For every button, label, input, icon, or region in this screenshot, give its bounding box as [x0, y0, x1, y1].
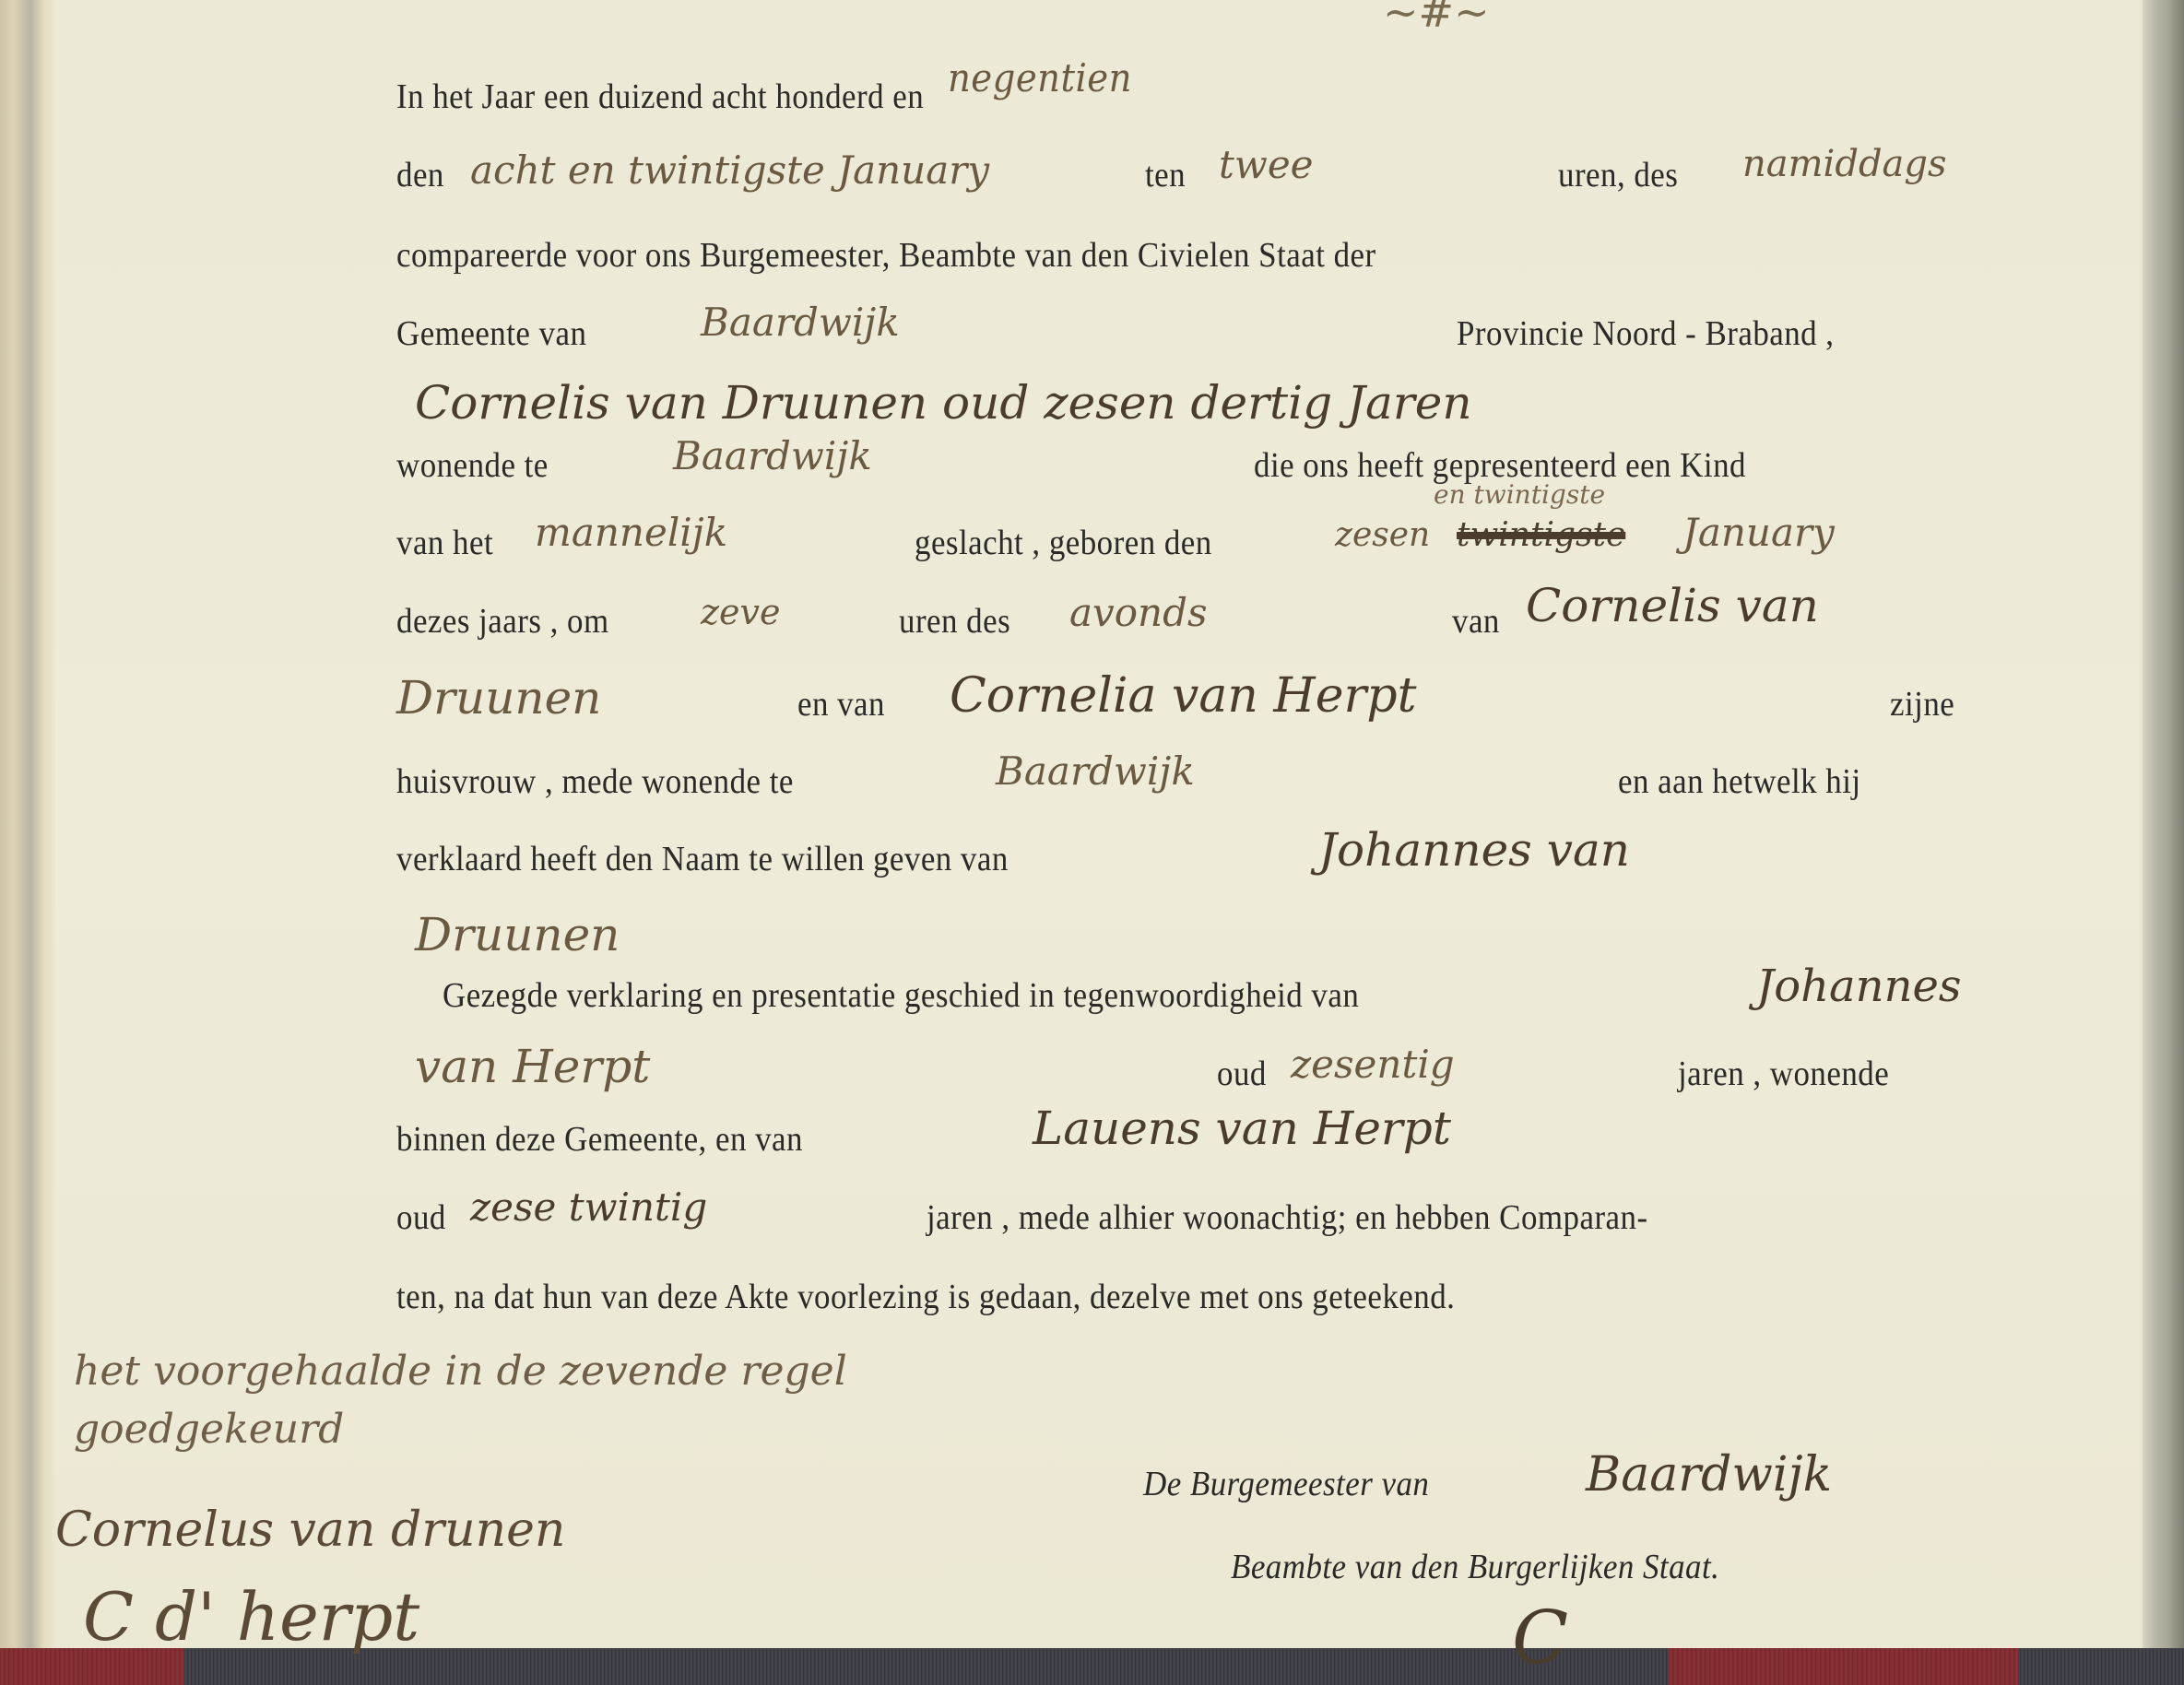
line-8-urendes: uren des: [899, 601, 1010, 642]
line-10-huisvrouw: huisvrouw , mede wonende te: [396, 761, 794, 802]
line-14-oud: oud: [1217, 1054, 1267, 1094]
handwritten-time-of-day: namiddags: [1742, 143, 1947, 185]
line-8-van: van: [1452, 601, 1500, 642]
line-4-provincie: Provincie Noord - Braband ,: [1457, 313, 1835, 354]
handwritten-sex: mannelijk: [535, 510, 727, 555]
handwritten-hour: twee: [1219, 142, 1314, 187]
handwritten-birth-hour: zeve: [701, 592, 780, 632]
handwritten-birth-month: January: [1682, 510, 1835, 555]
line-13: Gezegde verklaring en presentatie geschi…: [443, 975, 1359, 1016]
handwritten-witness2-name: Lauens van Herpt: [1033, 1102, 1451, 1155]
signature-mayor: C: [1512, 1595, 1568, 1680]
handwritten-municipality: Baardwijk: [701, 300, 900, 345]
line-15: binnen deze Gemeente, en van: [396, 1119, 803, 1160]
line-17: ten, na dat hun van deze Akte voorlezing…: [396, 1277, 1455, 1317]
line-2-ten: ten: [1145, 155, 1186, 195]
book-page-edge-right: [2143, 0, 2184, 1685]
margin-note-line-1: het voorgehaalde in de zevende regel: [74, 1348, 847, 1395]
line-8-dezes: dezes jaars , om: [396, 601, 609, 642]
top-scribble: ~#~: [1383, 0, 1490, 37]
handwritten-mother-name: Cornelia van Herpt: [950, 668, 1417, 724]
signature-father: Cornelus van drunen: [55, 1502, 565, 1558]
handwritten-year: negentien: [948, 55, 1132, 100]
line-2-den: den: [396, 155, 444, 195]
handwritten-witness1-firstname: Johannes: [1756, 960, 1962, 1012]
signature-witness: C d' herpt: [83, 1578, 419, 1656]
handwritten-witness2-age: zese twintig: [470, 1184, 707, 1230]
line-16-oud: oud: [396, 1197, 446, 1238]
handwritten-evening: avonds: [1069, 590, 1208, 635]
line-4-gemeente: Gemeente van: [396, 313, 586, 354]
book-page-edge-left: [0, 0, 55, 1659]
line-2-uren: uren, des: [1558, 155, 1678, 195]
line-6-wonende: wonende te: [396, 445, 549, 486]
margin-note-line-2: goedgekeurd: [74, 1406, 344, 1453]
handwritten-superscript-correction: en twintigste: [1434, 479, 1605, 510]
binding-red-cloth-right: [1669, 1648, 2019, 1685]
handwritten-birth-day: zesen: [1335, 516, 1430, 554]
line-14-jaren: jaren , wonende: [1678, 1054, 1889, 1094]
line-16-print: jaren , mede alhier woonachtig; en hebbe…: [927, 1197, 1648, 1238]
mayor-label: De Burgemeester van: [1143, 1464, 1429, 1504]
line-11: verklaard heeft den Naam te willen geven…: [396, 839, 1009, 879]
handwritten-mother-residence: Baardwijk: [996, 748, 1195, 794]
handwritten-father-surname: Druunen: [396, 671, 601, 725]
line-1: In het Jaar een duizend acht honderd en …: [396, 72, 1132, 117]
line-7-geslacht: geslacht , geboren den: [915, 523, 1212, 563]
official-label: Beambte van den Burgerlijken Staat.: [1231, 1547, 1719, 1587]
handwritten-residence: Baardwijk: [673, 433, 872, 478]
line-10-print: en aan hetwelk hij: [1618, 761, 1861, 802]
line-9-envan: en van: [797, 684, 885, 725]
handwritten-date: acht en twintigste January: [470, 147, 989, 193]
handwritten-child-name: Johannes van: [1318, 823, 1630, 877]
handwritten-witness1-age: zesentig: [1291, 1042, 1455, 1087]
line-7-vanhet: van het: [396, 523, 493, 563]
handwritten-mayor-place: Baardwijk: [1586, 1447, 1832, 1502]
handwritten-declarant: Cornelis van Druunen oud zesen dertig Ja…: [415, 376, 1472, 430]
handwritten-father-name: Cornelis van: [1526, 579, 1819, 632]
line-9-zijne: zijne: [1890, 684, 1954, 725]
handwritten-witness1-surname: van Herpt: [415, 1040, 650, 1093]
handwritten-struck-word: twintigste: [1457, 516, 1625, 554]
handwritten-child-surname: Druunen: [415, 908, 620, 961]
line-3: compareerde voor ons Burgemeester, Beamb…: [396, 235, 1376, 276]
printed-text: In het Jaar een duizend acht honderd en: [396, 77, 924, 116]
